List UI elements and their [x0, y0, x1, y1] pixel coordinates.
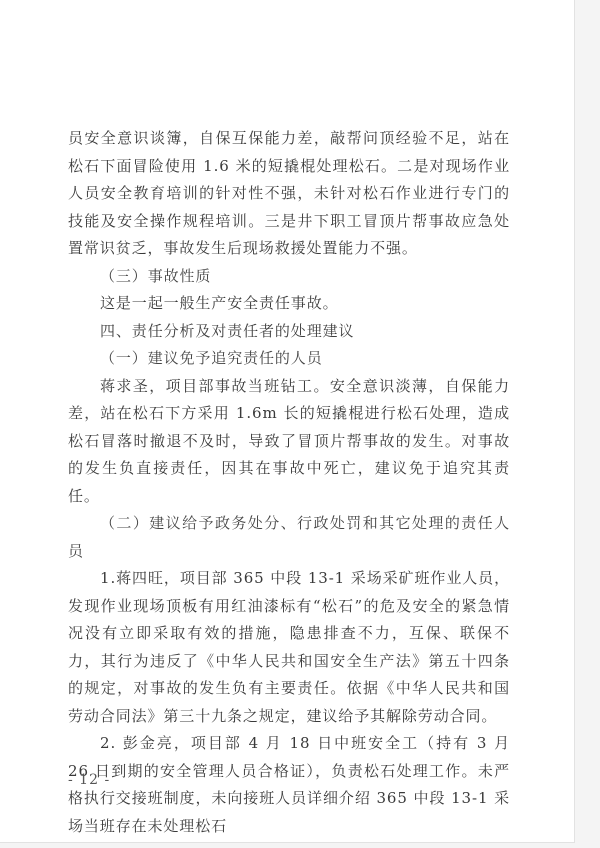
- document-body: 员安全意识谈簿，自保互保能力差，敲帮问顶经验不足，站在松石下面冒险使用 1.6 …: [68, 125, 510, 840]
- heading-responsibility-analysis: 四、责任分析及对责任者的处理建议: [68, 318, 510, 346]
- subheading-accident-nature: （三）事故性质: [68, 263, 510, 291]
- paragraph-exempt-personnel: 蒋求圣，项目部事故当班钻工。安全意识淡薄，自保能力差，站在松石下方采用 1.6m…: [68, 373, 510, 511]
- page-number: - 12 -: [68, 772, 110, 788]
- subheading-exempt-personnel: （一）建议免予追究责任的人员: [68, 345, 510, 373]
- document-page: 员安全意识谈簿，自保互保能力差，敲帮问顶经验不足，站在松石下面冒险使用 1.6 …: [0, 0, 575, 843]
- paragraph-cause-analysis-continued: 员安全意识谈簿，自保互保能力差，敲帮问顶经验不足，站在松石下面冒险使用 1.6 …: [68, 125, 510, 263]
- subheading-punished-personnel: （二）建议给予政务处分、行政处罚和其它处理的责任人员: [68, 510, 510, 565]
- paragraph-personnel-2: 2. 彭金亮，项目部 4 月 18 日中班安全工（持有 3 月 26 日到期的安…: [68, 730, 510, 840]
- paragraph-personnel-1: 1.蒋四旺，项目部 365 中段 13-1 采场采矿班作业人员，发现作业现场顶板…: [68, 565, 510, 730]
- paragraph-accident-nature: 这是一起一般生产安全责任事故。: [68, 290, 510, 318]
